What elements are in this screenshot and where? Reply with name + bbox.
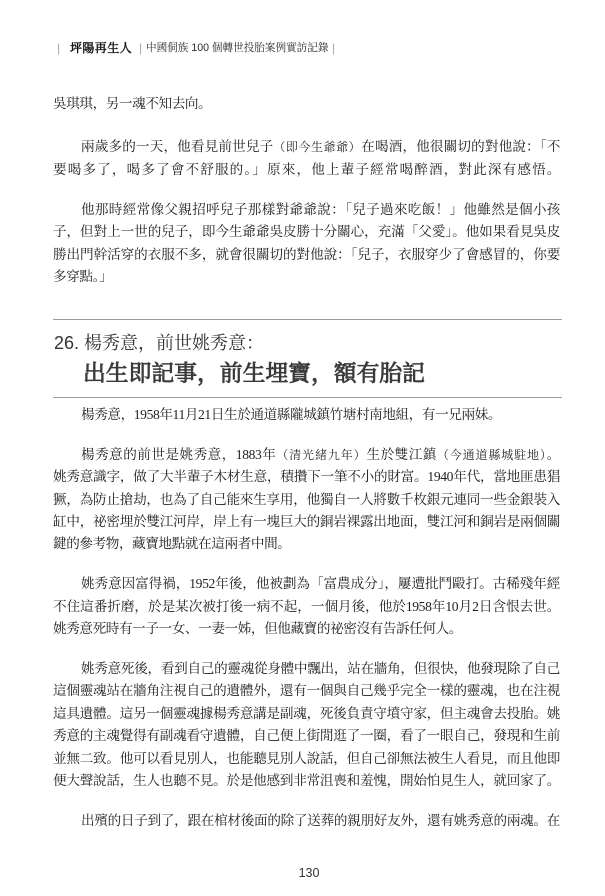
paragraph: 姚秀意因富得禍，1952年後，他被劃為「富農成分」，屢遭批鬥毆打。古稀殘年經 不… bbox=[53, 573, 560, 640]
text-line: 兩歲多的一天，他看見前世兒子（即今生爺爺）在喝酒，他很關切的對他說：「不 bbox=[53, 136, 560, 158]
text-line: 子，但對上一世的兒子，即今生爺爺吳皮勝十分關心，充滿「父愛」。他如果看見吳皮 bbox=[53, 221, 560, 243]
text-line: 姚秀意死後，看到自己的靈魂從身體中飄出，站在牆角，但很快，他發現除了自己 bbox=[53, 658, 560, 680]
paragraph: 出殯的日子到了，跟在棺材後面的除了送葬的親朋好友外，還有姚秀意的兩魂。在 bbox=[53, 810, 560, 832]
text-line: 吳琪琪，另一魂不知去向。 bbox=[53, 93, 560, 115]
text-line: 楊秀意，1958年11月21日生於通道縣隴城鎮竹塘村南地組，有一兄兩妹。 bbox=[53, 404, 560, 426]
book-title: 坪陽再生人 bbox=[70, 40, 132, 56]
header-divider: | bbox=[332, 40, 335, 56]
text-line: 這具遺體。這另一個靈魂據楊秀意講是副魂，死後負責守墳守家，但主魂會去投胎。姚 bbox=[53, 703, 560, 725]
paragraph: 吳琪琪，另一魂不知去向。 bbox=[53, 93, 560, 115]
inline-note: （即今生爺爺） bbox=[273, 140, 361, 154]
text-segment: 楊秀意的前世是姚秀意，1883年 bbox=[81, 447, 276, 462]
text-line: 鍵的參考物，藏寶地點就在這兩者中間。 bbox=[53, 533, 560, 555]
text-segment: 在喝酒，他很關切的對他說：「不 bbox=[361, 139, 560, 154]
section-divider-top bbox=[53, 319, 562, 320]
text-line: 這個靈魂站在牆角注視自己的遺體外，還有一個與自己幾乎完全一樣的靈魂，也在注視 bbox=[53, 680, 560, 702]
text-line: 姚秀意因富得禍，1952年後，他被劃為「富農成分」，屢遭批鬥毆打。古稀殘年經 bbox=[53, 573, 560, 595]
inline-note: （清光緒九年） bbox=[276, 448, 366, 462]
text-line: 便大聲說話，生人也聽不見。於是他感到非常沮喪和羞愧，開始怕見生人，就回家了。 bbox=[53, 770, 560, 792]
paragraph: 楊秀意，1958年11月21日生於通道縣隴城鎮竹塘村南地組，有一兄兩妹。 bbox=[53, 404, 560, 426]
text-block-bottom: 楊秀意，1958年11月21日生於通道縣隴城鎮竹塘村南地組，有一兄兩妹。 楊秀意… bbox=[53, 404, 560, 833]
text-line: 多穿點。」 bbox=[53, 266, 560, 288]
text-line: 勝出門幹活穿的衣服不多，就會很關切的對他說：「兒子，衣服穿少了會感冒的，你要 bbox=[53, 244, 560, 266]
section-divider-bottom bbox=[53, 397, 562, 398]
text-segment: 。 bbox=[547, 447, 560, 462]
text-line: 並無二致。他可以看見別人，也能聽見別人說話，但自己卻無法被生人看見，而且他即 bbox=[53, 748, 560, 770]
paragraph: 兩歲多的一天，他看見前世兒子（即今生爺爺）在喝酒，他很關切的對他說：「不 要喝多… bbox=[53, 136, 560, 181]
header-divider: | bbox=[57, 40, 60, 56]
text-line: 秀意的主魂覺得有副魂看守遺體，自己便上街閒逛了一圈，看了一眼自己，發現和生前 bbox=[53, 725, 560, 747]
section-title: 出生即記事，前生埋寶，額有胎記 bbox=[83, 358, 425, 388]
text-line: 楊秀意的前世是姚秀意，1883年（清光緒九年）生於雙江鎮（今通道縣城駐地）。 bbox=[53, 444, 560, 466]
text-line: 姚秀意識字，做了大半輩子木材生意，積攢下一筆不小的財富。1940年代，當地匪患猖 bbox=[53, 466, 560, 488]
page-number: 130 bbox=[284, 865, 334, 881]
text-line: 要喝多了，喝多了會不舒服的。」原來，他上輩子經常喝醉酒，對此深有感悟。 bbox=[53, 159, 560, 181]
text-segment: 兩歲多的一天，他看見前世兒子 bbox=[81, 139, 273, 154]
text-line: 不住這番折磨，於是某次被打後一病不起，一個月後，他於1958年10月2日含恨去世… bbox=[53, 596, 560, 618]
text-block-top: 吳琪琪，另一魂不知去向。 兩歲多的一天，他看見前世兒子（即今生爺爺）在喝酒，他很… bbox=[53, 93, 560, 289]
book-page: | 坪陽再生人 | 中國侗族 100 個轉世投胎案例實訪記錄 | 吳琪琪，另一魂… bbox=[0, 0, 605, 896]
text-line: 獗，為防止搶劫，也為了自己能來生享用，他獨自一人將數千枚銀元連同一些金銀裝入 bbox=[53, 489, 560, 511]
text-segment: 生於雙江鎮 bbox=[367, 447, 437, 462]
header-divider: | bbox=[139, 40, 142, 56]
text-line: 他那時經常像父親招呼兒子那樣對爺爺說：「兒子過來吃飯！」他雖然是個小孩 bbox=[53, 199, 560, 221]
section-number-heading: 26. 楊秀意，前世姚秀意： bbox=[54, 331, 264, 355]
paragraph: 他那時經常像父親招呼兒子那樣對爺爺說：「兒子過來吃飯！」他雖然是個小孩 子，但對… bbox=[53, 199, 560, 289]
inline-note: （今通道縣城駐地） bbox=[437, 448, 547, 462]
text-line: 姚秀意死時有一子一女、一妻一姊，但他藏寶的祕密沒有告訴任何人。 bbox=[53, 618, 560, 640]
book-subtitle: 中國侗族 100 個轉世投胎案例實訪記錄 bbox=[146, 40, 328, 56]
text-line: 出殯的日子到了，跟在棺材後面的除了送葬的親朋好友外，還有姚秀意的兩魂。在 bbox=[53, 810, 560, 832]
text-line: 缸中，祕密埋於雙江河岸，岸上有一塊巨大的銅岩裸露出地面，雙江河和銅岩是兩個關 bbox=[53, 511, 560, 533]
paragraph: 楊秀意的前世是姚秀意，1883年（清光緒九年）生於雙江鎮（今通道縣城駐地）。 姚… bbox=[53, 444, 560, 556]
paragraph: 姚秀意死後，看到自己的靈魂從身體中飄出，站在牆角，但很快，他發現除了自己 這個靈… bbox=[53, 658, 560, 792]
